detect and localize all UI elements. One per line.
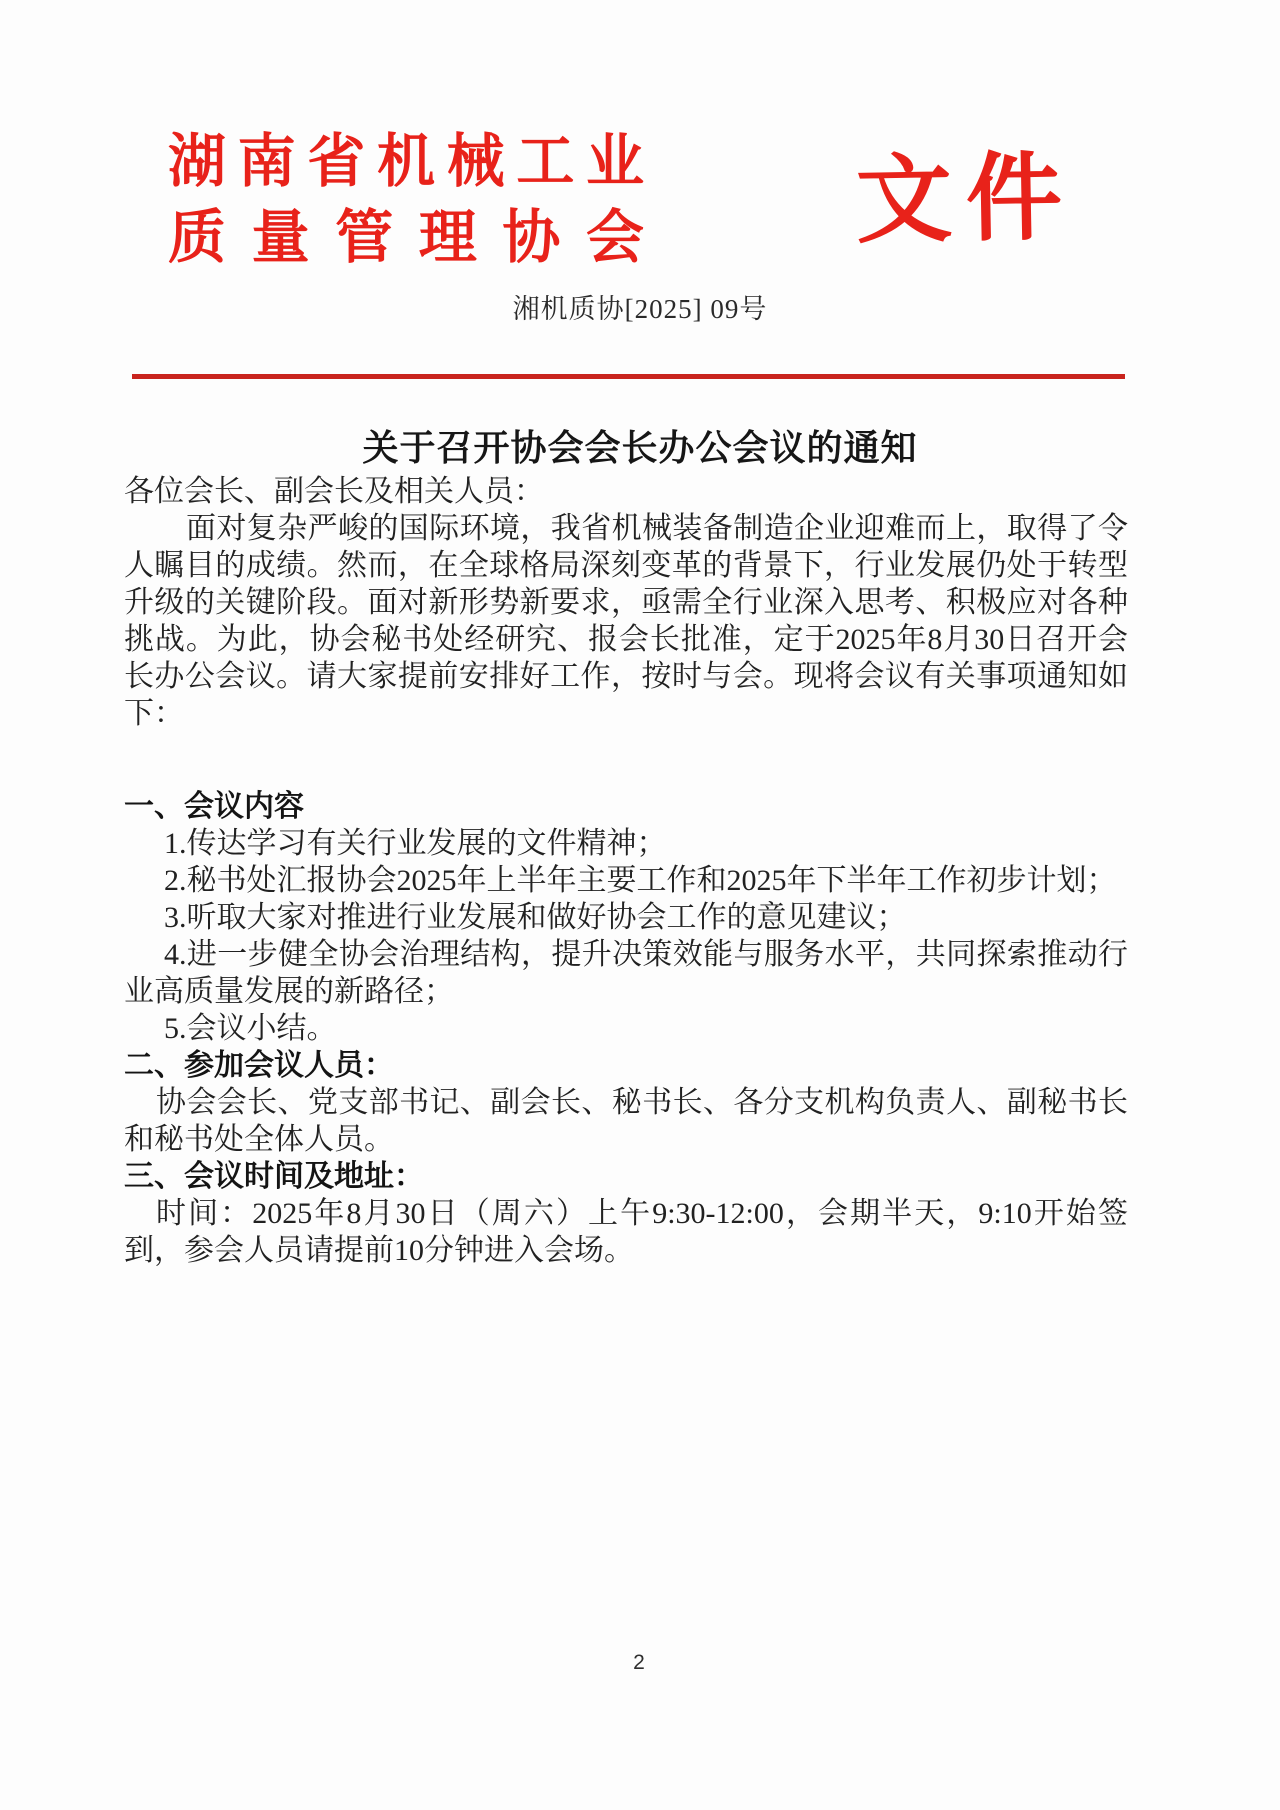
agenda-item-1: 1.传达学习有关行业发展的文件精神； <box>124 825 1128 862</box>
section-heading-2: 二、参加会议人员： <box>124 1047 1128 1084</box>
document-page: 湖南省机械工业 质量管理协会 文件 湘机质协[2025] 09号 关于召开协会会… <box>0 0 1280 1810</box>
agenda-item-3: 3.听取大家对推进行业发展和做好协会工作的意见建议； <box>124 899 1128 936</box>
org-name-line1: 湖南省机械工业 <box>168 124 644 200</box>
agenda-item-4: 4.进一步健全协会治理结构，提升决策效能与服务水平，共同探索推动行业高质量发展的… <box>124 936 1128 1010</box>
document-body: 各位会长、副会长及相关人员： 面对复杂严峻的国际环境，我省机械装备制造企业迎难而… <box>124 473 1128 1269</box>
org-name-line2: 质量管理协会 <box>168 200 644 276</box>
agenda-item-5: 5.会议小结。 <box>124 1010 1128 1047</box>
page-number: 2 <box>0 1650 1278 1676</box>
salutation: 各位会长、副会长及相关人员： <box>124 473 1128 510</box>
time-location-paragraph: 时间：2025年8月30日（周六）上午9:30-12:00，会期半天，9:10开… <box>124 1195 1128 1269</box>
document-title: 关于召开协会会长办公会议的通知 <box>0 423 1280 473</box>
letterhead: 湖南省机械工业 质量管理协会 文件 <box>168 124 1280 276</box>
section-heading-1: 一、会议内容 <box>124 788 1128 825</box>
participants-paragraph: 协会会长、党支部书记、副会长、秘书长、各分支机构负责人、副秘书长和秘书处全体人员… <box>124 1084 1128 1158</box>
section-heading-3: 三、会议时间及地址： <box>124 1158 1128 1195</box>
doc-number: 湘机质协[2025] 09号 <box>0 292 1280 326</box>
agenda-item-2: 2.秘书处汇报协会2025年上半年主要工作和2025年下半年工作初步计划； <box>124 862 1128 899</box>
org-name: 湖南省机械工业 质量管理协会 <box>168 124 644 276</box>
red-divider-rule <box>132 374 1125 379</box>
document-label: 文件 <box>855 148 1077 252</box>
intro-paragraph: 面对复杂严峻的国际环境，我省机械装备制造企业迎难而上，取得了令人瞩目的成绩。然而… <box>124 510 1128 732</box>
